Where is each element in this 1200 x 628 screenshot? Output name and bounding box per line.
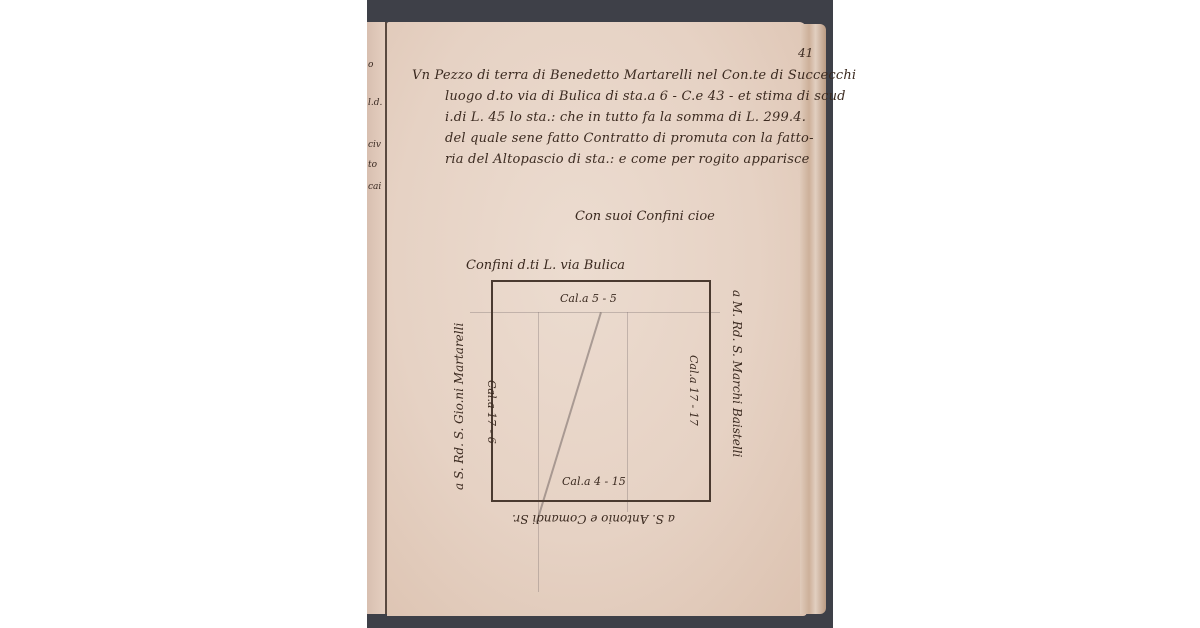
- text-line: luogo d.to via di Bulica di sta.a 6 - C.…: [445, 89, 846, 104]
- left-measure: Cal.a 17 - 6: [485, 380, 498, 444]
- plot-plan-diagram: [491, 280, 711, 502]
- left-page-fragment: to: [368, 160, 377, 170]
- top-measure: Cal.a 5 - 5: [560, 292, 617, 305]
- left-page-fragment: cai: [368, 182, 381, 192]
- left-page-fragment: l.d.: [368, 98, 382, 108]
- text-line: ria del Altopascio di sta.: e come per r…: [445, 152, 810, 167]
- text-line: Con suoi Confini cioe: [575, 209, 715, 224]
- confini-heading: Confini d.ti L. via Bulica: [466, 258, 625, 273]
- right-neighbor-label: a M. Rd. S. Marchi Baistelli: [730, 290, 744, 457]
- text-line: i.di L. 45 lo sta.: che in tutto fa la s…: [445, 110, 806, 125]
- text-line: del quale sene fatto Contratto di promut…: [445, 131, 814, 146]
- left-neighbor-label: a S. Rd. S. Gio.ni Martarelli: [452, 323, 466, 490]
- left-page-fragment: civ: [368, 140, 381, 150]
- bottom-measure: Cal.a 4 - 15: [562, 475, 626, 488]
- bottom-neighbor-label: a S. Antonio e Comandi Sr.: [512, 512, 675, 526]
- right-measure: Cal.a 17 - 17: [687, 355, 700, 426]
- text-line: Vn Pezzo di terra di Benedetto Martarell…: [412, 68, 856, 83]
- folio-number: 41: [798, 46, 813, 60]
- left-page-fragment: o: [368, 60, 373, 70]
- left-page-edge: o l.d. civ to cai: [367, 22, 387, 614]
